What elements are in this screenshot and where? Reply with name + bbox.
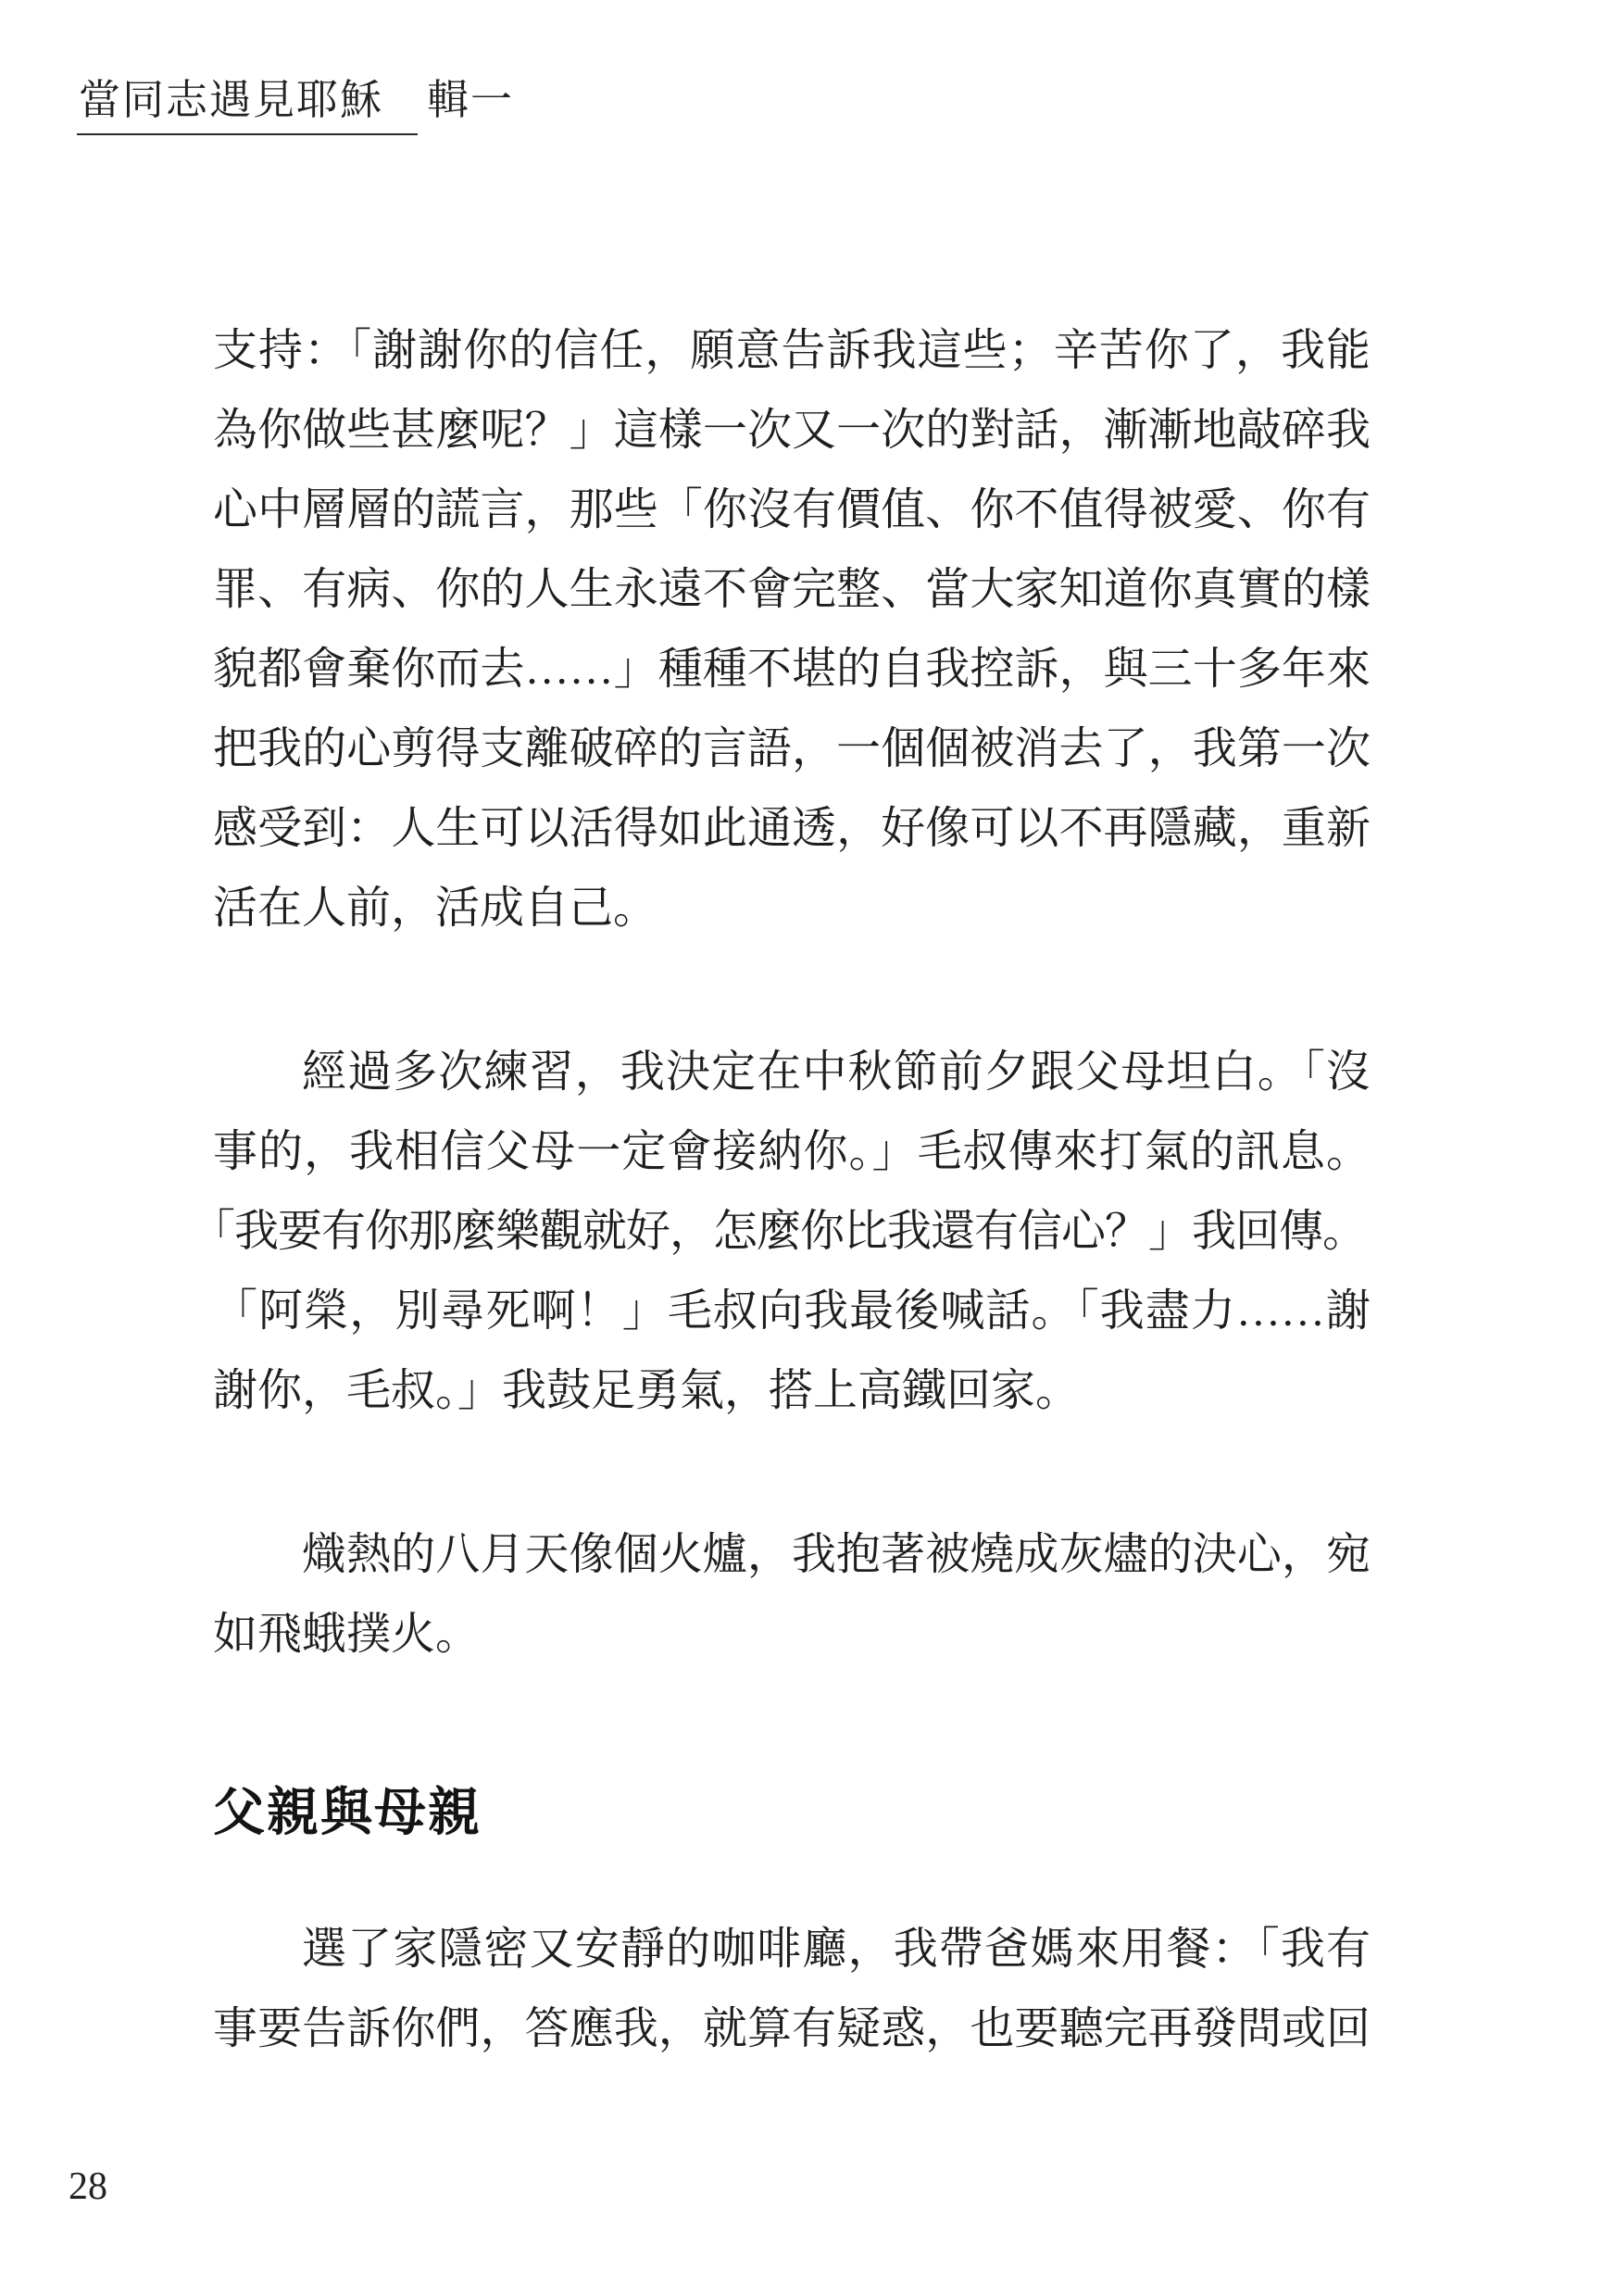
body-line: 如飛蛾撲火。 — [213, 1595, 1371, 1675]
body-line: 把我的心剪得支離破碎的言語，一個個被消去了，我第一次 — [213, 709, 1371, 789]
body-line: 謝你，毛叔。」我鼓足勇氣，搭上高鐵回家。 — [213, 1351, 1371, 1431]
body-line: 心中層層的謊言，那些「你沒有價值、你不值得被愛、你有 — [213, 470, 1371, 550]
body-line: 貌都會棄你而去……」種種不堪的自我控訴，與三十多年來 — [213, 630, 1371, 709]
book-page: 當同志遇見耶穌 輯一 支持：「謝謝你的信任，願意告訴我這些；辛苦你了，我能 為你… — [0, 0, 1615, 2296]
body-line: 感受到：人生可以活得如此通透，好像可以不再隱藏，重新 — [213, 789, 1371, 869]
body-line: 活在人前，活成自己。 — [213, 869, 1371, 948]
body-text-block: 支持：「謝謝你的信任，願意告訴我這些；辛苦你了，我能 為你做些甚麼呢？」這樣一次… — [213, 311, 1371, 2069]
body-line: 經過多次練習，我決定在中秋節前夕跟父母坦白。「沒 — [213, 1033, 1371, 1112]
paragraph-3: 熾熱的八月天像個火爐，我抱著被燒成灰燼的決心，宛 如飛蛾撲火。 — [213, 1515, 1371, 1675]
page-number: 28 — [69, 2165, 107, 2208]
section-heading: 父親與母親 — [213, 1774, 1371, 1853]
body-line: 事的，我相信父母一定會接納你。」毛叔傳來打氣的訊息。 — [213, 1112, 1371, 1192]
body-line: 為你做些甚麼呢？」這樣一次又一次的對話，漸漸地敲碎我 — [213, 391, 1371, 470]
body-line: 事要告訴你們，答應我，就算有疑惑，也要聽完再發問或回 — [213, 1989, 1371, 2069]
body-line: 「我要有你那麼樂觀就好，怎麼你比我還有信心？」我回傳。 — [191, 1192, 1371, 1272]
body-line: 罪、有病、你的人生永遠不會完整、當大家知道你真實的樣 — [213, 550, 1371, 630]
body-line: 熾熱的八月天像個火爐，我抱著被燒成灰燼的決心，宛 — [213, 1515, 1371, 1595]
paragraph-1: 支持：「謝謝你的信任，願意告訴我這些；辛苦你了，我能 為你做些甚麼呢？」這樣一次… — [213, 311, 1371, 948]
header-rule-divider — [77, 133, 418, 135]
paragraph-4: 選了家隱密又安靜的咖啡廳，我帶爸媽來用餐：「我有 事要告訴你們，答應我，就算有疑… — [213, 1910, 1371, 2069]
body-line: 支持：「謝謝你的信任，願意告訴我這些；辛苦你了，我能 — [213, 311, 1371, 391]
running-header: 當同志遇見耶穌 輯一 — [79, 78, 514, 122]
paragraph-2: 經過多次練習，我決定在中秋節前夕跟父母坦白。「沒 事的，我相信父母一定會接納你。… — [213, 1033, 1371, 1431]
body-line: 選了家隱密又安靜的咖啡廳，我帶爸媽來用餐：「我有 — [213, 1910, 1371, 1989]
body-line: 「阿榮，別尋死啊！」毛叔向我最後喊話。「我盡力……謝 — [213, 1272, 1371, 1351]
